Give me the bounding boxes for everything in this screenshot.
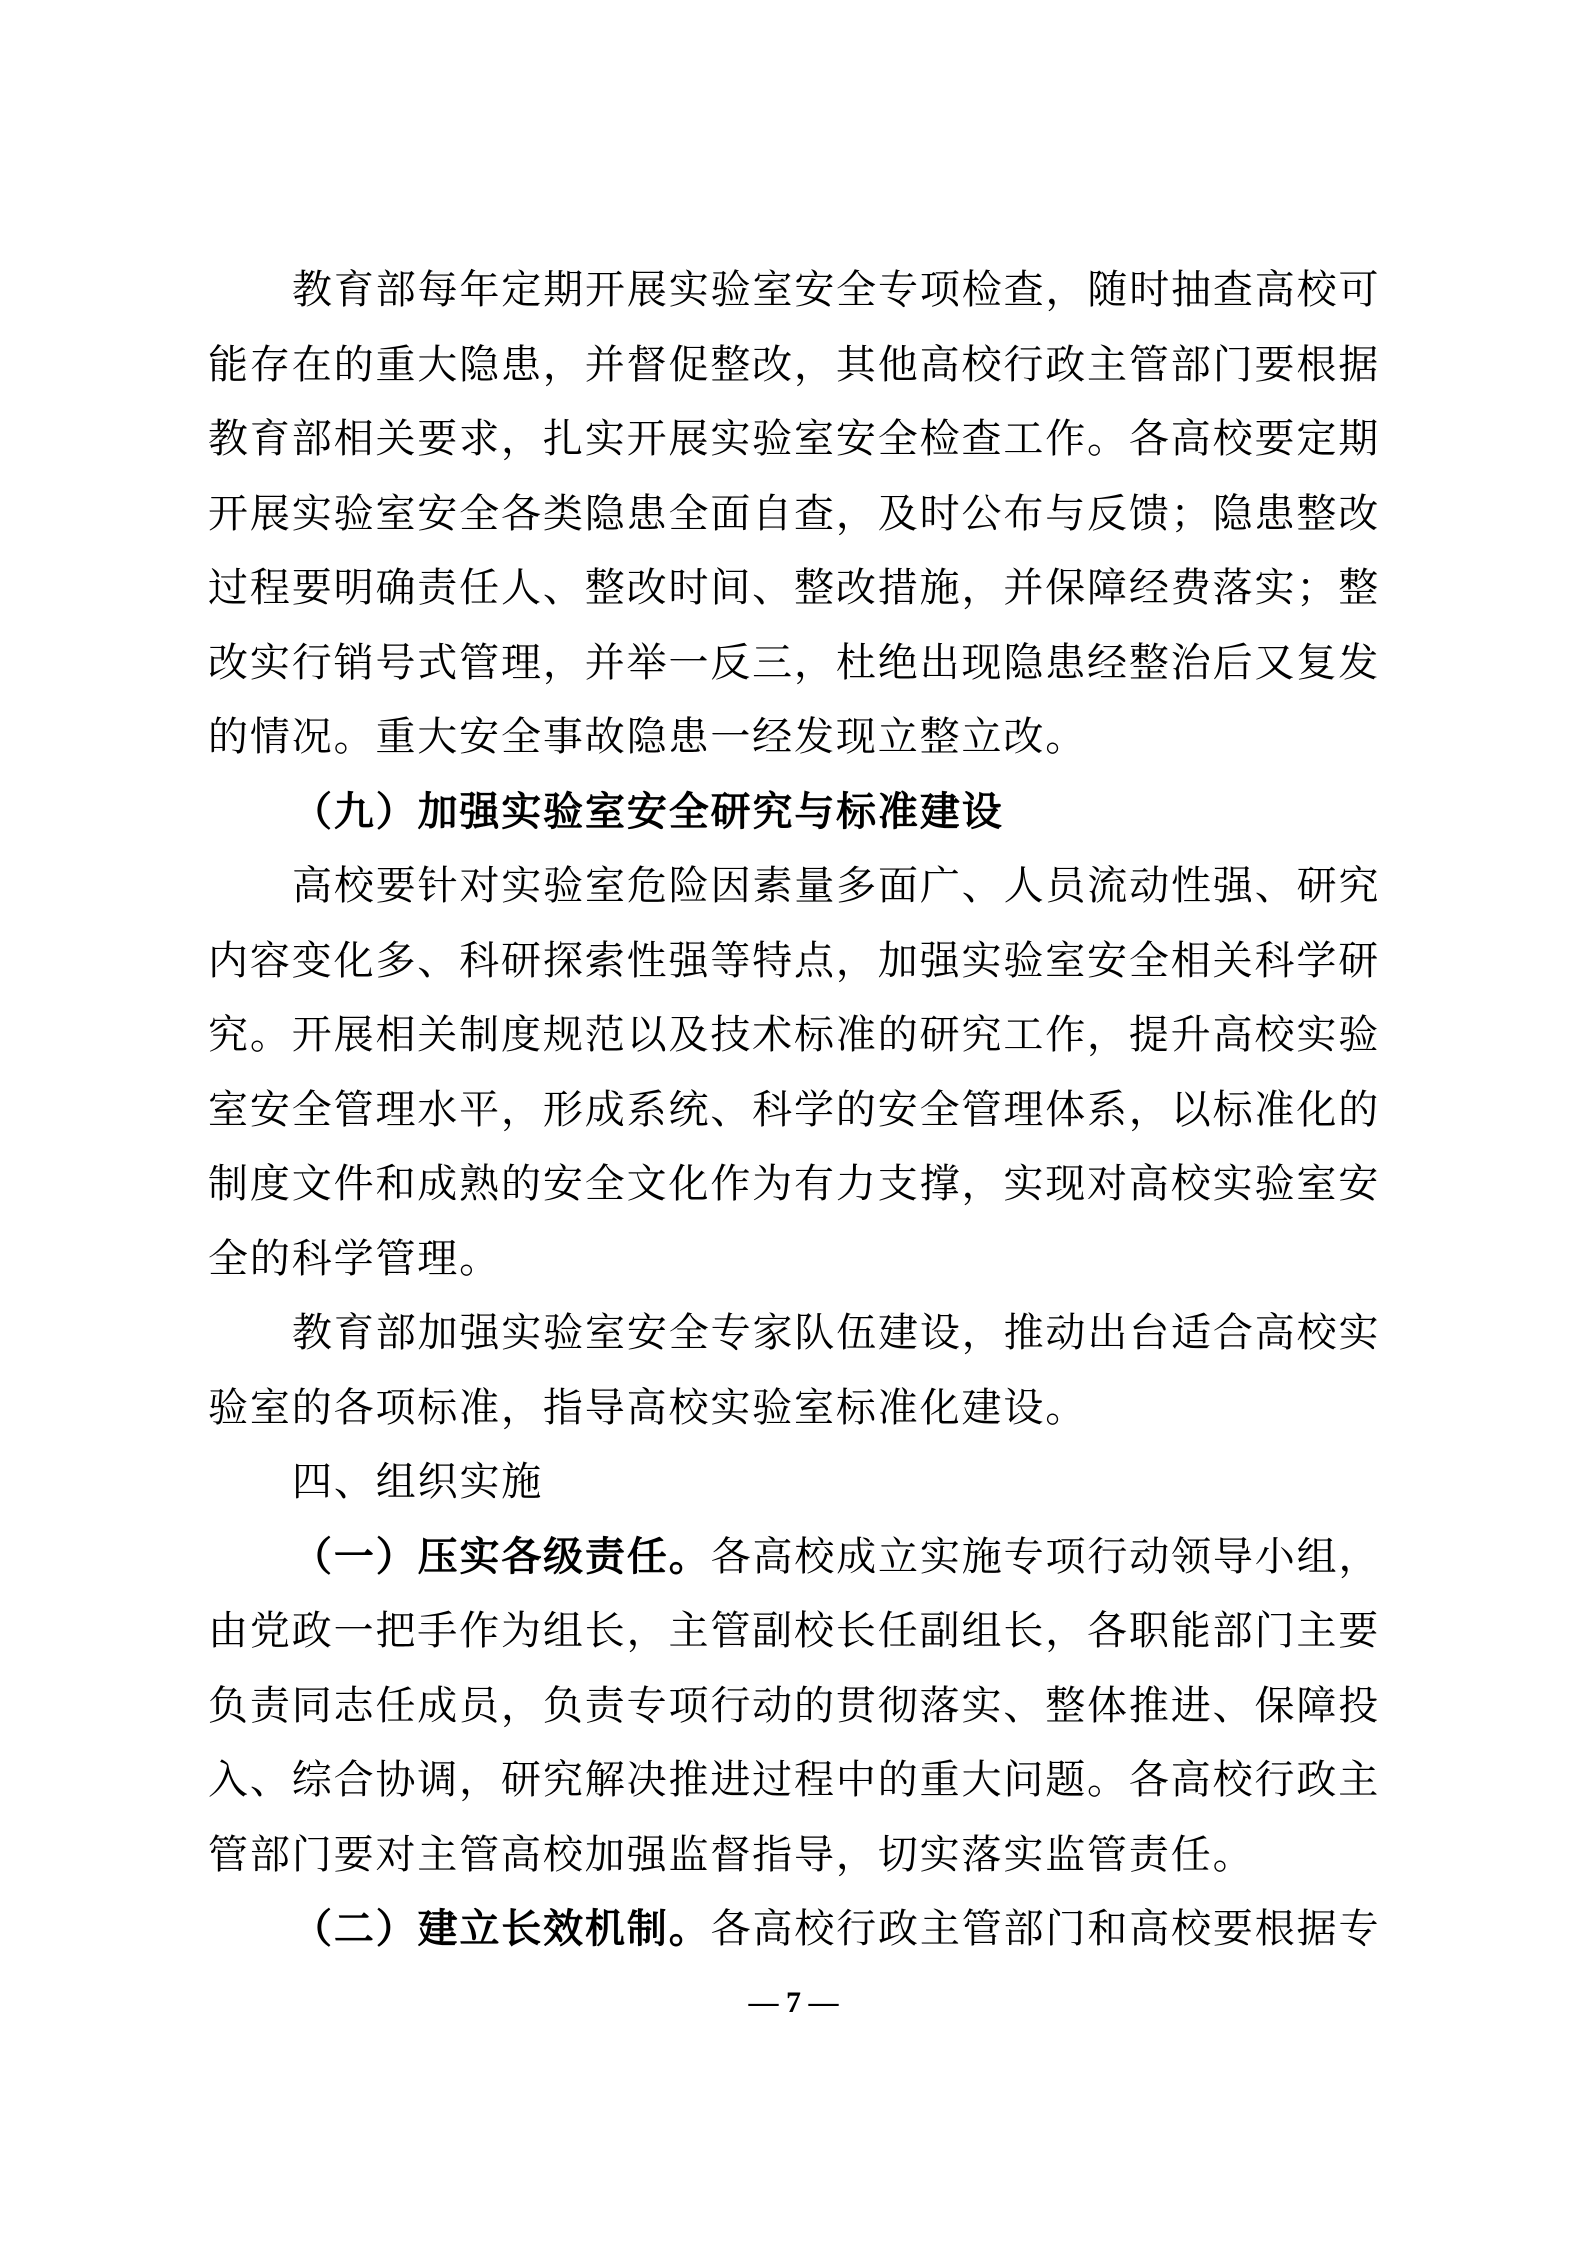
text-line: 管部门要对主管高校加强监督指导，切实落实监管责任。 (208, 1818, 1388, 1893)
text-line: 室安全管理水平，形成系统、科学的安全管理体系，以标准化的 (208, 1073, 1388, 1148)
text-line: 的情况。重大安全事故隐患一经发现立整立改。 (208, 700, 1388, 775)
text-line: （二）建立长效机制。各高校行政主管部门和高校要根据专 (208, 1892, 1388, 1967)
section-heading-four: 四、组织实施 (208, 1445, 1388, 1520)
text-line: 内容变化多、科研探索性强等特点，加强实验室安全相关科学研 (208, 924, 1388, 999)
text-line: （一）压实各级责任。各高校成立实施专项行动领导小组， (208, 1520, 1388, 1595)
subheading-nine: （九）加强实验室安全研究与标准建设 (208, 775, 1388, 850)
text-line: 制度文件和成熟的安全文化作为有力支撑，实现对高校实验室安 (208, 1147, 1388, 1222)
document-body: 教育部每年定期开展实验室安全专项检查，随时抽查高校可 能存在的重大隐患，并督促整… (208, 253, 1388, 1967)
text-line: 过程要明确责任人、整改时间、整改措施，并保障经费落实；整 (208, 551, 1388, 626)
text-line: 教育部加强实验室安全专家队伍建设，推动出台适合高校实 (208, 1296, 1388, 1371)
lead-in-bold: （一）压实各级责任。 (292, 1533, 711, 1580)
text-line: 究。开展相关制度规范以及技术标准的研究工作，提升高校实验 (208, 998, 1388, 1073)
text-line: 高校要针对实验室危险因素量多面广、人员流动性强、研究 (208, 849, 1388, 924)
lead-in-bold: （二）建立长效机制。 (292, 1905, 711, 1952)
text-line: 开展实验室安全各类隐患全面自查，及时公布与反馈；隐患整改 (208, 477, 1388, 552)
text-run: 各高校成立实施专项行动领导小组， (711, 1534, 1381, 1580)
text-line: 验室的各项标准，指导高校实验室标准化建设。 (208, 1371, 1388, 1446)
paragraph-long-term-mechanism: （二）建立长效机制。各高校行政主管部门和高校要根据专 (208, 1892, 1388, 1967)
text-line: 改实行销号式管理，并举一反三，杜绝出现隐患经整治后又复发 (208, 626, 1388, 701)
text-line: 教育部每年定期开展实验室安全专项检查，随时抽查高校可 (208, 253, 1388, 328)
text-line: 能存在的重大隐患，并督促整改，其他高校行政主管部门要根据 (208, 328, 1388, 403)
text-line: 教育部相关要求，扎实开展实验室安全检查工作。各高校要定期 (208, 402, 1388, 477)
text-line: 由党政一把手作为组长，主管副校长任副组长，各职能部门主要 (208, 1594, 1388, 1669)
paragraph-responsibility: （一）压实各级责任。各高校成立实施专项行动领导小组， 由党政一把手作为组长，主管… (208, 1520, 1388, 1893)
text-line: 全的科学管理。 (208, 1222, 1388, 1297)
text-line: 入、综合协调，研究解决推进过程中的重大问题。各高校行政主 (208, 1743, 1388, 1818)
paragraph-experts: 教育部加强实验室安全专家队伍建设，推动出台适合高校实 验室的各项标准，指导高校实… (208, 1296, 1388, 1445)
document-page: 教育部每年定期开展实验室安全专项检查，随时抽查高校可 能存在的重大隐患，并督促整… (0, 0, 1587, 2245)
text-run: 各高校行政主管部门和高校要根据专 (711, 1906, 1381, 1952)
text-line: 负责同志任成员，负责专项行动的贯彻落实、整体推进、保障投 (208, 1669, 1388, 1744)
paragraph-inspection: 教育部每年定期开展实验室安全专项检查，随时抽查高校可 能存在的重大隐患，并督促整… (208, 253, 1388, 775)
paragraph-research: 高校要针对实验室危险因素量多面广、人员流动性强、研究 内容变化多、科研探索性强等… (208, 849, 1388, 1296)
page-number: — 7 — (0, 1985, 1587, 2021)
